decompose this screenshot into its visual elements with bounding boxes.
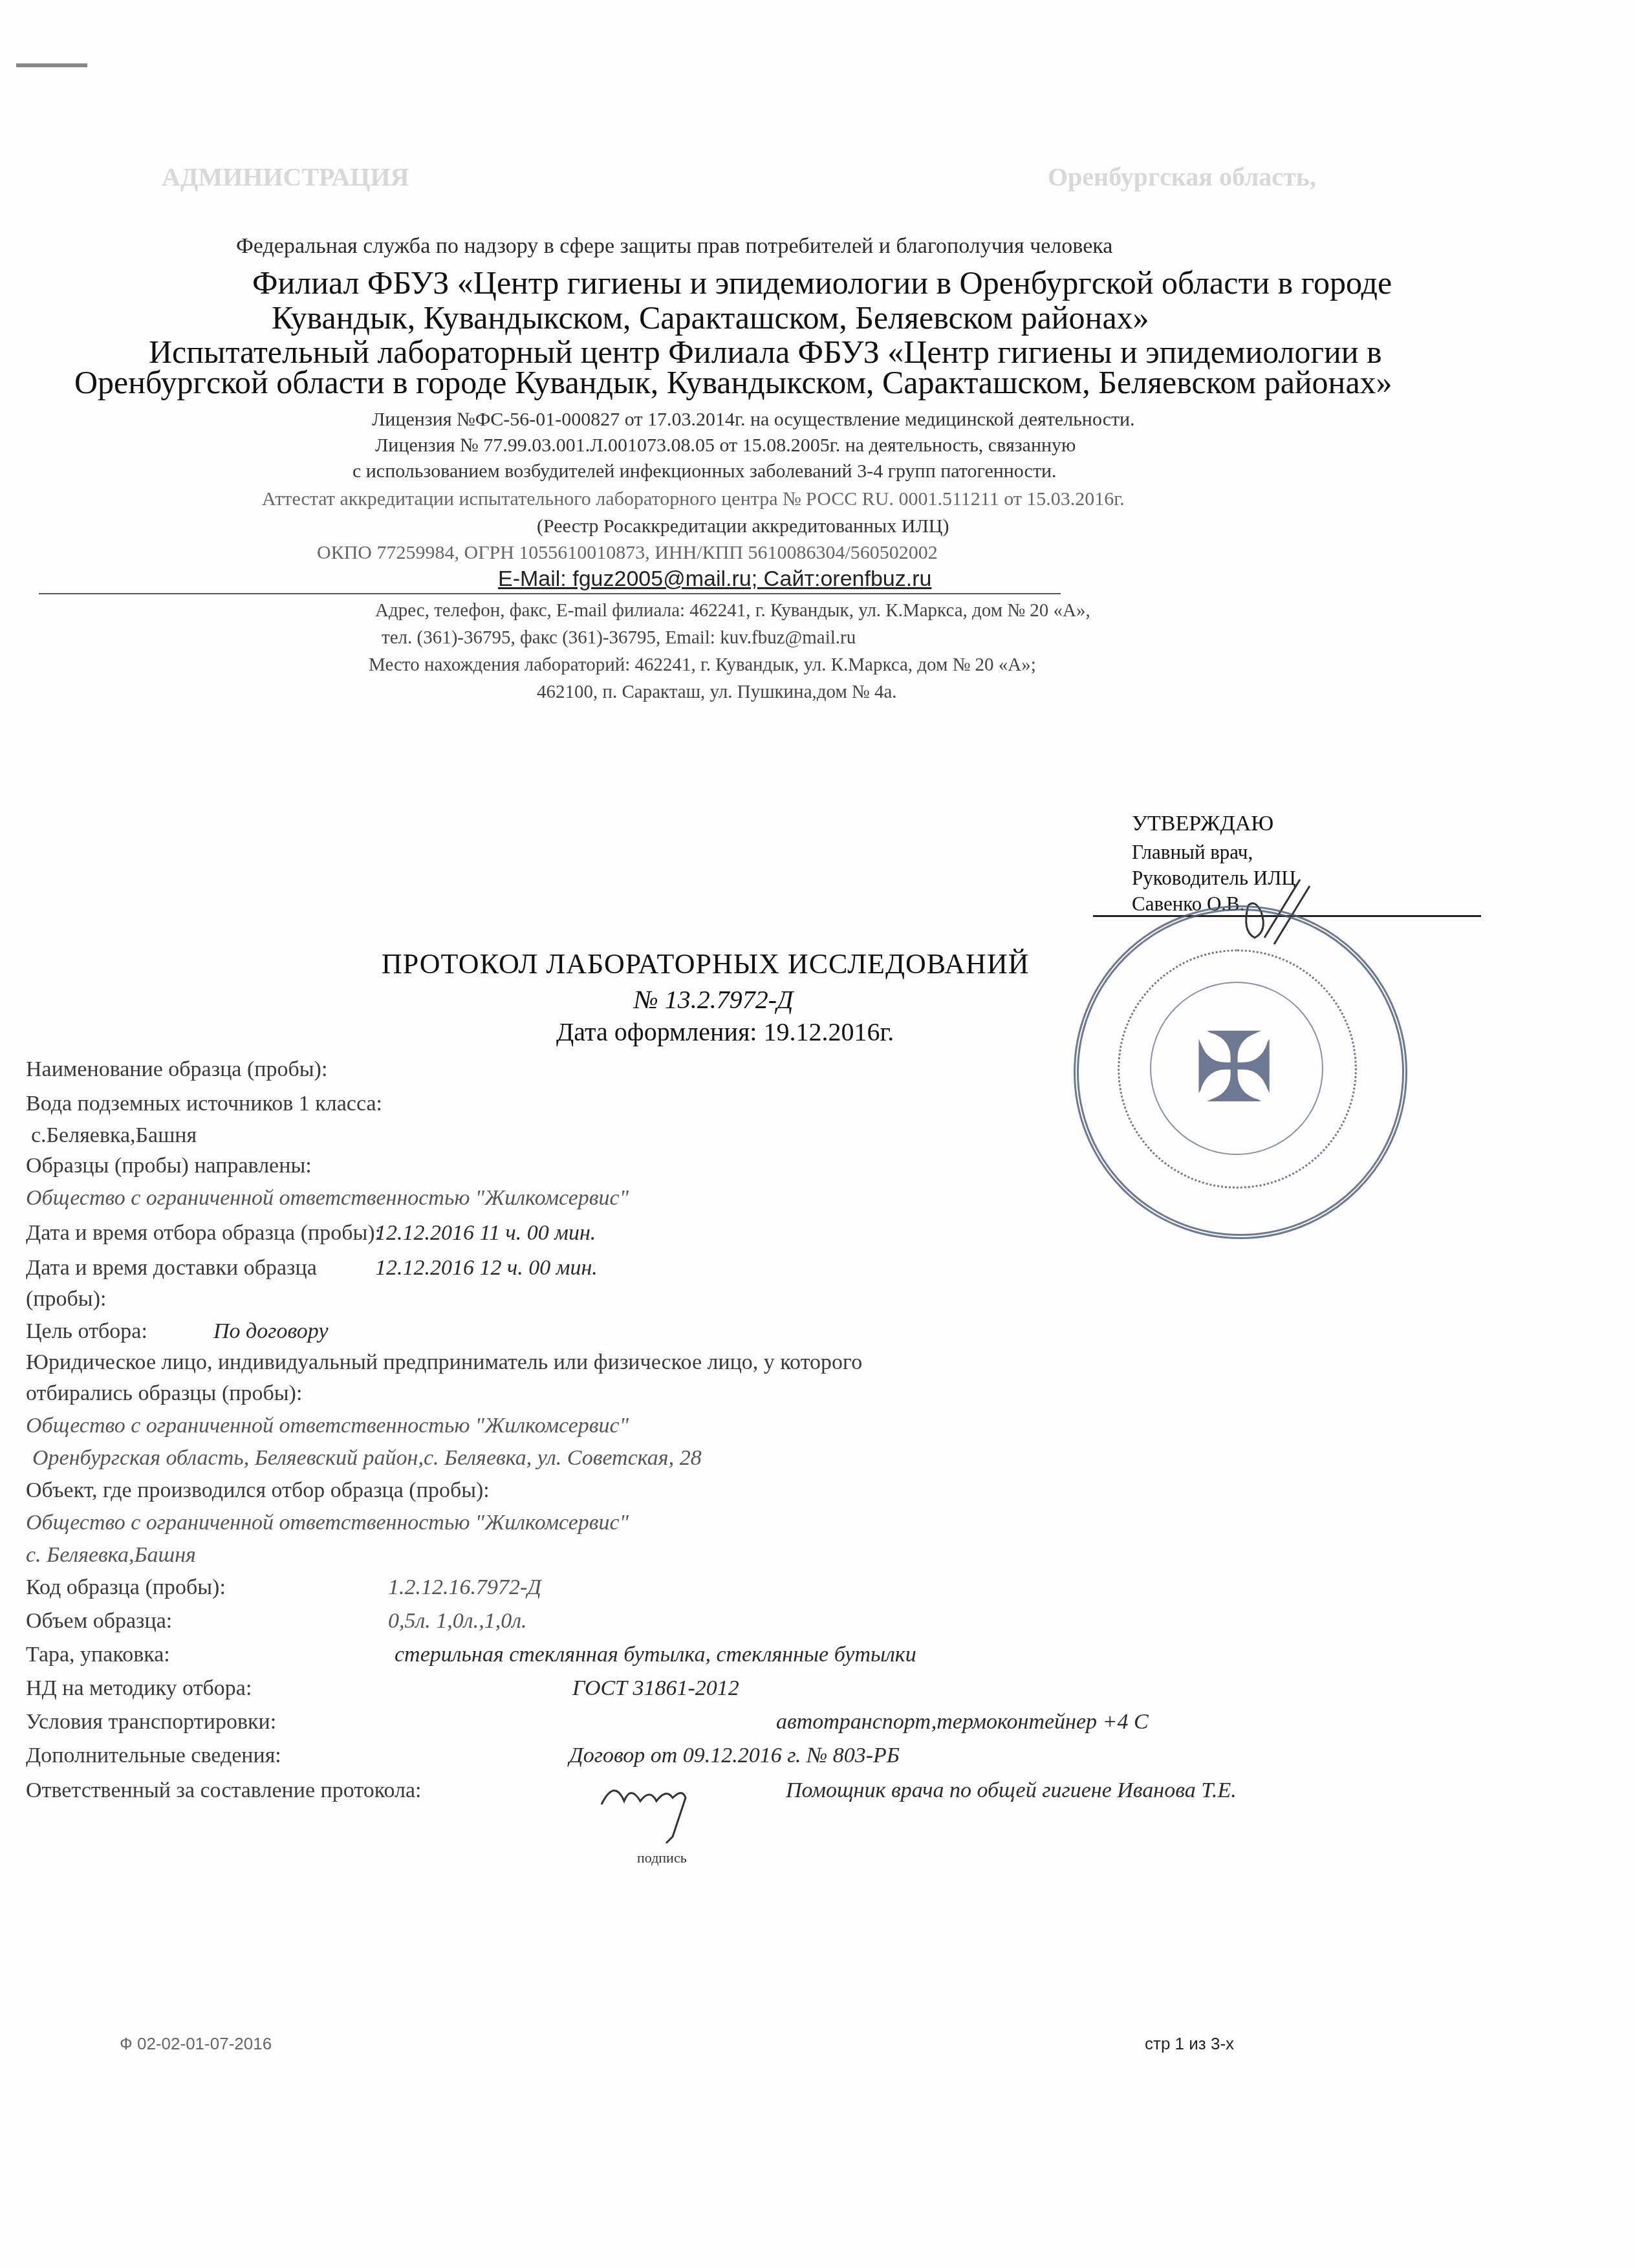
signature-caption: подпись	[637, 1850, 687, 1866]
method-label: НД на методику отбора:	[26, 1676, 252, 1701]
purpose-value: По договору	[213, 1319, 328, 1344]
extra-info-label: Дополнительные сведения:	[26, 1744, 281, 1768]
header-lab-line2: Оренбургской области в городе Кувандык, …	[74, 363, 1392, 401]
page-number: стр 1 из 3-х	[1145, 2034, 1234, 2054]
email-site-link[interactable]: E-Mail: fguz2005@mail.ru; Сайт:orenfbuz.…	[498, 567, 931, 592]
container-label: Тара, упаковка:	[26, 1643, 170, 1667]
purpose-label: Цель отбора:	[26, 1319, 147, 1344]
entity-label-line2: отбирались образцы (пробы):	[26, 1381, 302, 1406]
code-value: 1.2.12.16.7972-Д	[388, 1575, 541, 1600]
ghost-text: АДМИНИСТРАЦИЯ	[162, 162, 409, 192]
entity-address: Оренбургская область, Беляевский район,с…	[32, 1446, 702, 1471]
sampling-datetime-value: 12.12.2016 11 ч. 00 мин.	[375, 1221, 596, 1246]
corner-mark	[16, 63, 87, 67]
protocol-date: Дата оформления: 19.12.2016г.	[556, 1017, 894, 1047]
entity-label-line1: Юридическое лицо, индивидуальный предпри…	[26, 1350, 862, 1375]
method-value: ГОСТ 31861-2012	[572, 1676, 739, 1701]
responsible-label: Ответственный за составление протокола:	[26, 1778, 422, 1803]
ghost-text: Оренбургская область,	[1048, 162, 1316, 192]
approver-position1: Главный врач,	[1132, 841, 1253, 864]
address-line4: 462100, п. Саракташ, ул. Пушкина,дом № 4…	[537, 682, 897, 703]
object-label: Объект, где производился отбор образца (…	[26, 1478, 490, 1503]
sample-name-label: Наименование образца (пробы):	[26, 1057, 327, 1082]
license-pathogens-line2: с использованием возбудителей инфекционн…	[352, 460, 1057, 482]
code-label: Код образца (пробы):	[26, 1575, 226, 1600]
header-branch-line2: Кувандык, Кувандыкском, Саракташском, Бе…	[272, 299, 1149, 336]
volume-label: Объем образца:	[26, 1609, 172, 1634]
accreditation: Аттестат аккредитации испытательного лаб…	[262, 488, 1125, 510]
form-code: Ф 02-02-01-07-2016	[120, 2034, 272, 2054]
entity-value: Общество с ограниченной ответственностью…	[26, 1414, 629, 1438]
header-branch-line1: Филиал ФБУЗ «Центр гигиены и эпидемиолог…	[252, 264, 1392, 301]
header-divider	[39, 593, 1061, 594]
protocol-title: ПРОТОКОЛ ЛАБОРАТОРНЫХ ИССЛЕДОВАНИЙ	[382, 947, 1029, 980]
sent-by-value: Общество с ограниченной ответственностью…	[26, 1186, 629, 1211]
object-location: с. Беляевка,Башня	[26, 1543, 196, 1568]
protocol-number: № 13.2.7972-Д	[634, 984, 793, 1015]
approve-heading: УТВЕРЖДАЮ	[1132, 812, 1273, 836]
address-line1: Адрес, телефон, факс, E-mail филиала: 46…	[375, 600, 1090, 621]
responsible-value: Помощник врача по общей гигиене Иванова …	[786, 1778, 1237, 1803]
codes: ОКПО 77259984, ОГРН 1055610010873, ИНН/К…	[317, 542, 938, 564]
sampling-datetime-label: Дата и время отбора образца (пробы):	[26, 1221, 381, 1246]
address-line2: тел. (361)-36795, факс (361)-36795, Emai…	[382, 627, 856, 649]
official-stamp: ✠	[1074, 905, 1407, 1239]
extra-info-value: Договор от 09.12.2016 г. № 803-РБ	[569, 1744, 900, 1768]
transport-value: автотранспорт,термоконтейнер +4 С	[776, 1710, 1149, 1734]
volume-value: 0,5л. 1,0л.,1,0л.	[388, 1609, 526, 1634]
object-value: Общество с ограниченной ответственностью…	[26, 1511, 629, 1535]
sample-location: с.Беляевка,Башня	[31, 1123, 197, 1148]
transport-label: Условия транспортировки:	[26, 1710, 276, 1734]
registry: (Реестр Росаккредитации аккредитованных …	[537, 515, 949, 537]
delivery-datetime-value: 12.12.2016 12 ч. 00 мин.	[375, 1256, 598, 1280]
sent-by-label: Образцы (пробы) направлены:	[26, 1154, 312, 1178]
address-line3: Место нахождения лабораторий: 462241, г.…	[369, 654, 1036, 676]
coat-of-arms-icon: ✠	[1176, 1008, 1292, 1130]
delivery-datetime-label: Дата и время доставки образца	[26, 1256, 317, 1280]
container-value: стерильная стеклянная бутылка, стеклянны…	[395, 1643, 916, 1667]
responsible-signature-icon	[595, 1772, 744, 1850]
delivery-datetime-label-cont: (пробы):	[26, 1287, 106, 1312]
sample-name-value: Вода подземных источников 1 класса:	[26, 1092, 382, 1116]
license-medical: Лицензия №ФС-56-01-000827 от 17.03.2014г…	[372, 409, 1135, 431]
license-pathogens-line1: Лицензия № 77.99.03.001.Л.001073.08.05 о…	[375, 435, 1076, 457]
header-agency: Федеральная служба по надзору в сфере за…	[236, 234, 1112, 259]
